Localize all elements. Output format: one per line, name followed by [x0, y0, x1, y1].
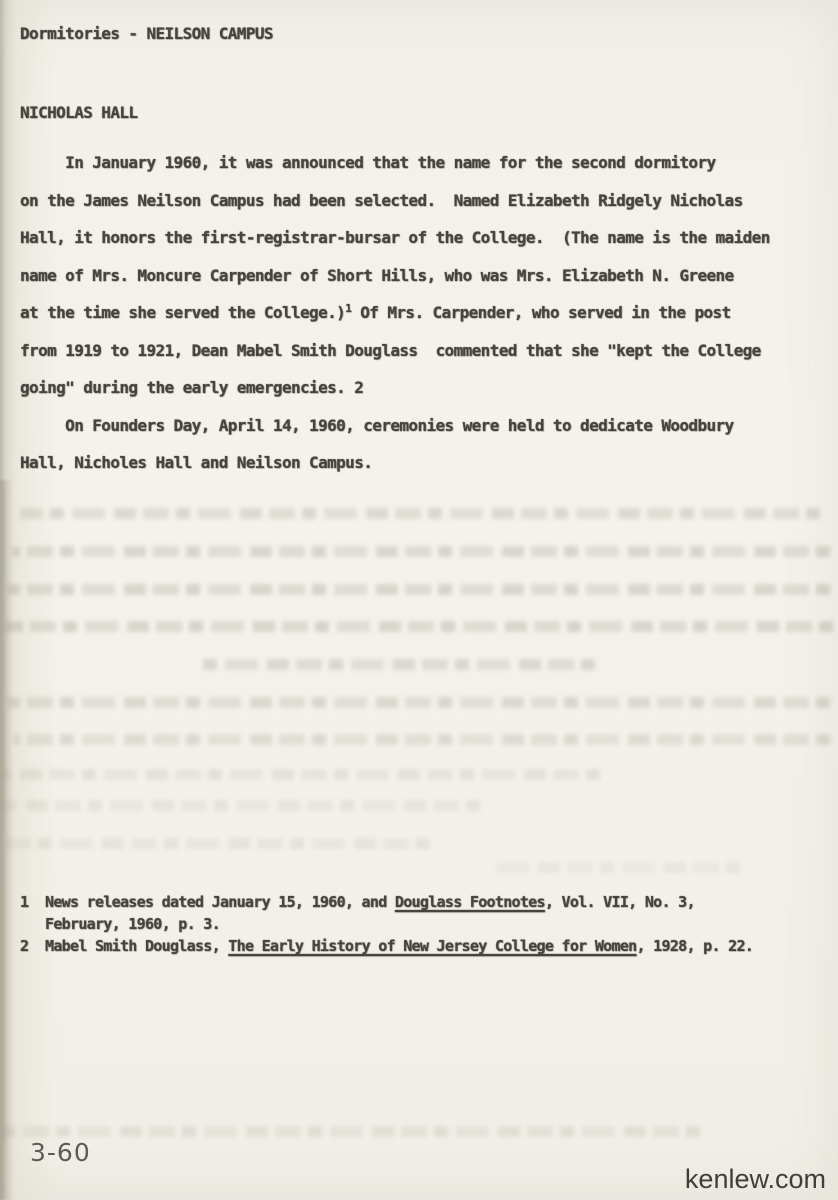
book-gutter-shadow: [0, 0, 16, 1200]
ghost-line-8: [0, 769, 600, 780]
ghost-line-1: [20, 508, 820, 519]
underlined-title-text: Douglass Footnotes: [395, 893, 545, 911]
ghost-line-6: [8, 697, 830, 708]
book-gutter-shadow-lower: [0, 480, 12, 1200]
typed-text-segment: , 1928, p. 22.: [637, 937, 754, 955]
ghost-line-3: [8, 584, 830, 595]
body-line-3: Hall, it honors the first-registrar-burs…: [20, 219, 824, 257]
ghost-line-7: [14, 734, 830, 745]
typed-text-segment: , Vol. VII, No. 3,: [545, 893, 695, 911]
body-line-8: On Founders Day, April 14, 1960, ceremon…: [20, 407, 824, 445]
document-header: Dormitories - NEILSON CAMPUS: [20, 24, 273, 43]
typed-text-segment: 1 News releases dated January 15, 1960, …: [20, 893, 395, 911]
footnote-line-1: 1 News releases dated January 15, 1960, …: [20, 891, 828, 913]
ghost-line-5: [200, 659, 595, 670]
footnote-line-3: 2 Mabel Smith Douglass, The Early Histor…: [20, 935, 828, 957]
body-line-7: going" during the early emergencies. 2: [20, 369, 824, 407]
ghost-line-10: [0, 838, 430, 849]
typed-text-segment: February, 1960, p. 3.: [20, 915, 220, 933]
scanned-document-page: Dormitories - NEILSON CAMPUS NICHOLAS HA…: [0, 0, 838, 1200]
typed-text-segment: 2 Mabel Smith Douglass,: [20, 937, 228, 955]
section-heading: NICHOLAS HALL: [20, 103, 137, 122]
ghost-line-2: [12, 546, 830, 557]
typed-text-segment: In January 1960, it was announced that t…: [20, 153, 716, 172]
typed-text-segment: from 1919 to 1921, Dean Mabel Smith Doug…: [20, 341, 761, 360]
footnotes: 1 News releases dated January 15, 1960, …: [20, 891, 828, 957]
typed-text-segment: going" during the early emergencies. 2: [20, 378, 363, 397]
footnote-line-2: February, 1960, p. 3.: [20, 913, 828, 935]
body-line-2: on the James Neilson Campus had been sel…: [20, 182, 824, 220]
typed-text-segment: Hall, Nicholes Hall and Neilson Campus.: [20, 453, 372, 472]
ghost-line-12: [0, 1126, 700, 1137]
underlined-title-text: The Early History of New Jersey College …: [228, 937, 636, 955]
typed-text-segment: Of Mrs. Carpender, who served in the pos…: [351, 303, 730, 322]
typed-text-segment: on the James Neilson Campus had been sel…: [20, 191, 743, 210]
body-line-9: Hall, Nicholes Hall and Neilson Campus.: [20, 444, 824, 482]
ghost-line-11: [490, 862, 740, 873]
page-number: 3-60: [30, 1138, 91, 1167]
body-line-5: at the time she served the College.)1 Of…: [20, 294, 824, 332]
body-line-1: In January 1960, it was announced that t…: [20, 144, 824, 182]
typed-text-segment: On Founders Day, April 14, 1960, ceremon…: [20, 416, 734, 435]
ghost-line-4: [5, 621, 833, 632]
typed-text-segment: Hall, it honors the first-registrar-burs…: [20, 228, 770, 247]
ghost-line-9: [0, 800, 480, 811]
body-text: In January 1960, it was announced that t…: [20, 144, 824, 482]
body-line-6: from 1919 to 1921, Dean Mabel Smith Doug…: [20, 332, 824, 370]
typed-text-segment: name of Mrs. Moncure Carpender of Short …: [20, 266, 734, 285]
watermark-text: kenlew.com: [685, 1164, 826, 1195]
body-line-4: name of Mrs. Moncure Carpender of Short …: [20, 257, 824, 295]
typed-text-segment: at the time she served the College.): [20, 303, 345, 322]
